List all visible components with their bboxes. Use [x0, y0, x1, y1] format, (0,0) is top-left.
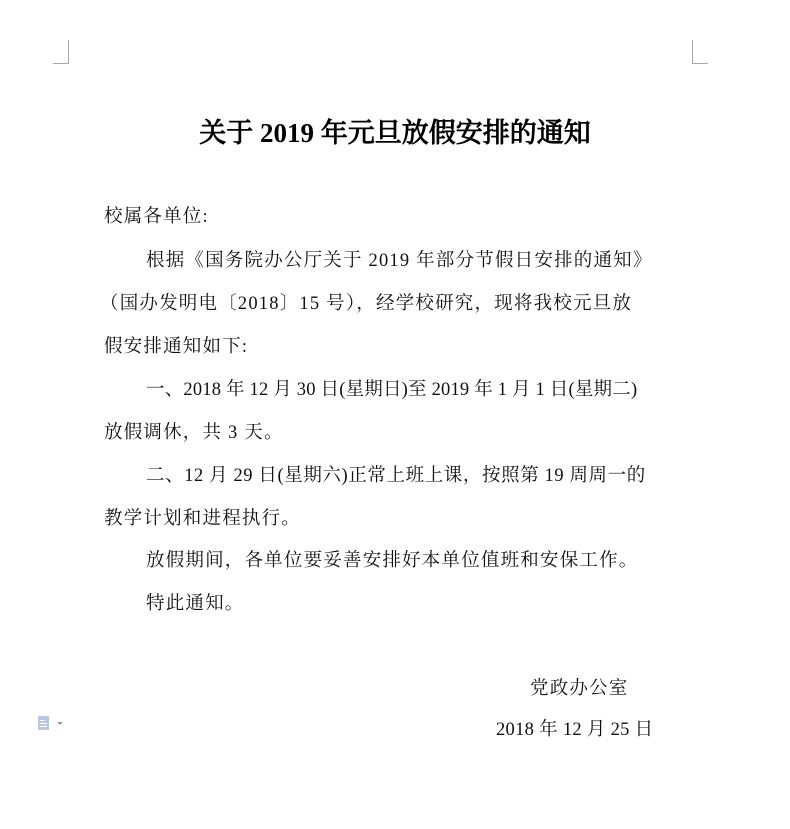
body-line: 放假调休，共 3 天。	[104, 424, 284, 443]
salutation: 校属各单位:	[104, 208, 209, 227]
body-line: （国办发明电〔2018〕15 号），经学校研究，现将我校元旦放	[100, 295, 632, 314]
chevron-down-icon[interactable]	[57, 722, 63, 725]
body-line: 特此通知。	[146, 595, 245, 614]
top-left-margin-mark	[53, 40, 69, 64]
body-line: 一、2018 年 12 月 30 日(星期日)至 2019 年 1 月 1 日(…	[146, 381, 637, 400]
top-right-margin-mark	[692, 40, 708, 64]
signature-date: 2018 年 12 月 25 日	[496, 721, 653, 740]
signature-office: 党政办公室	[530, 680, 629, 699]
document-title: 关于 2019 年元旦放假安排的通知	[0, 111, 790, 150]
body-line: 假安排通知如下:	[104, 338, 248, 357]
body-line: 二、12 月 29 日(星期六)正常上班上课，按照第 19 周周一的	[146, 467, 646, 486]
body-line: 根据《国务院办公厅关于 2019 年部分节假日安排的通知》	[146, 252, 653, 271]
body-line: 教学计划和进程执行。	[104, 510, 301, 529]
document-paste-icon[interactable]	[38, 716, 50, 730]
body-line: 放假期间，各单位要妥善安排好本单位值班和安保工作。	[146, 552, 639, 571]
